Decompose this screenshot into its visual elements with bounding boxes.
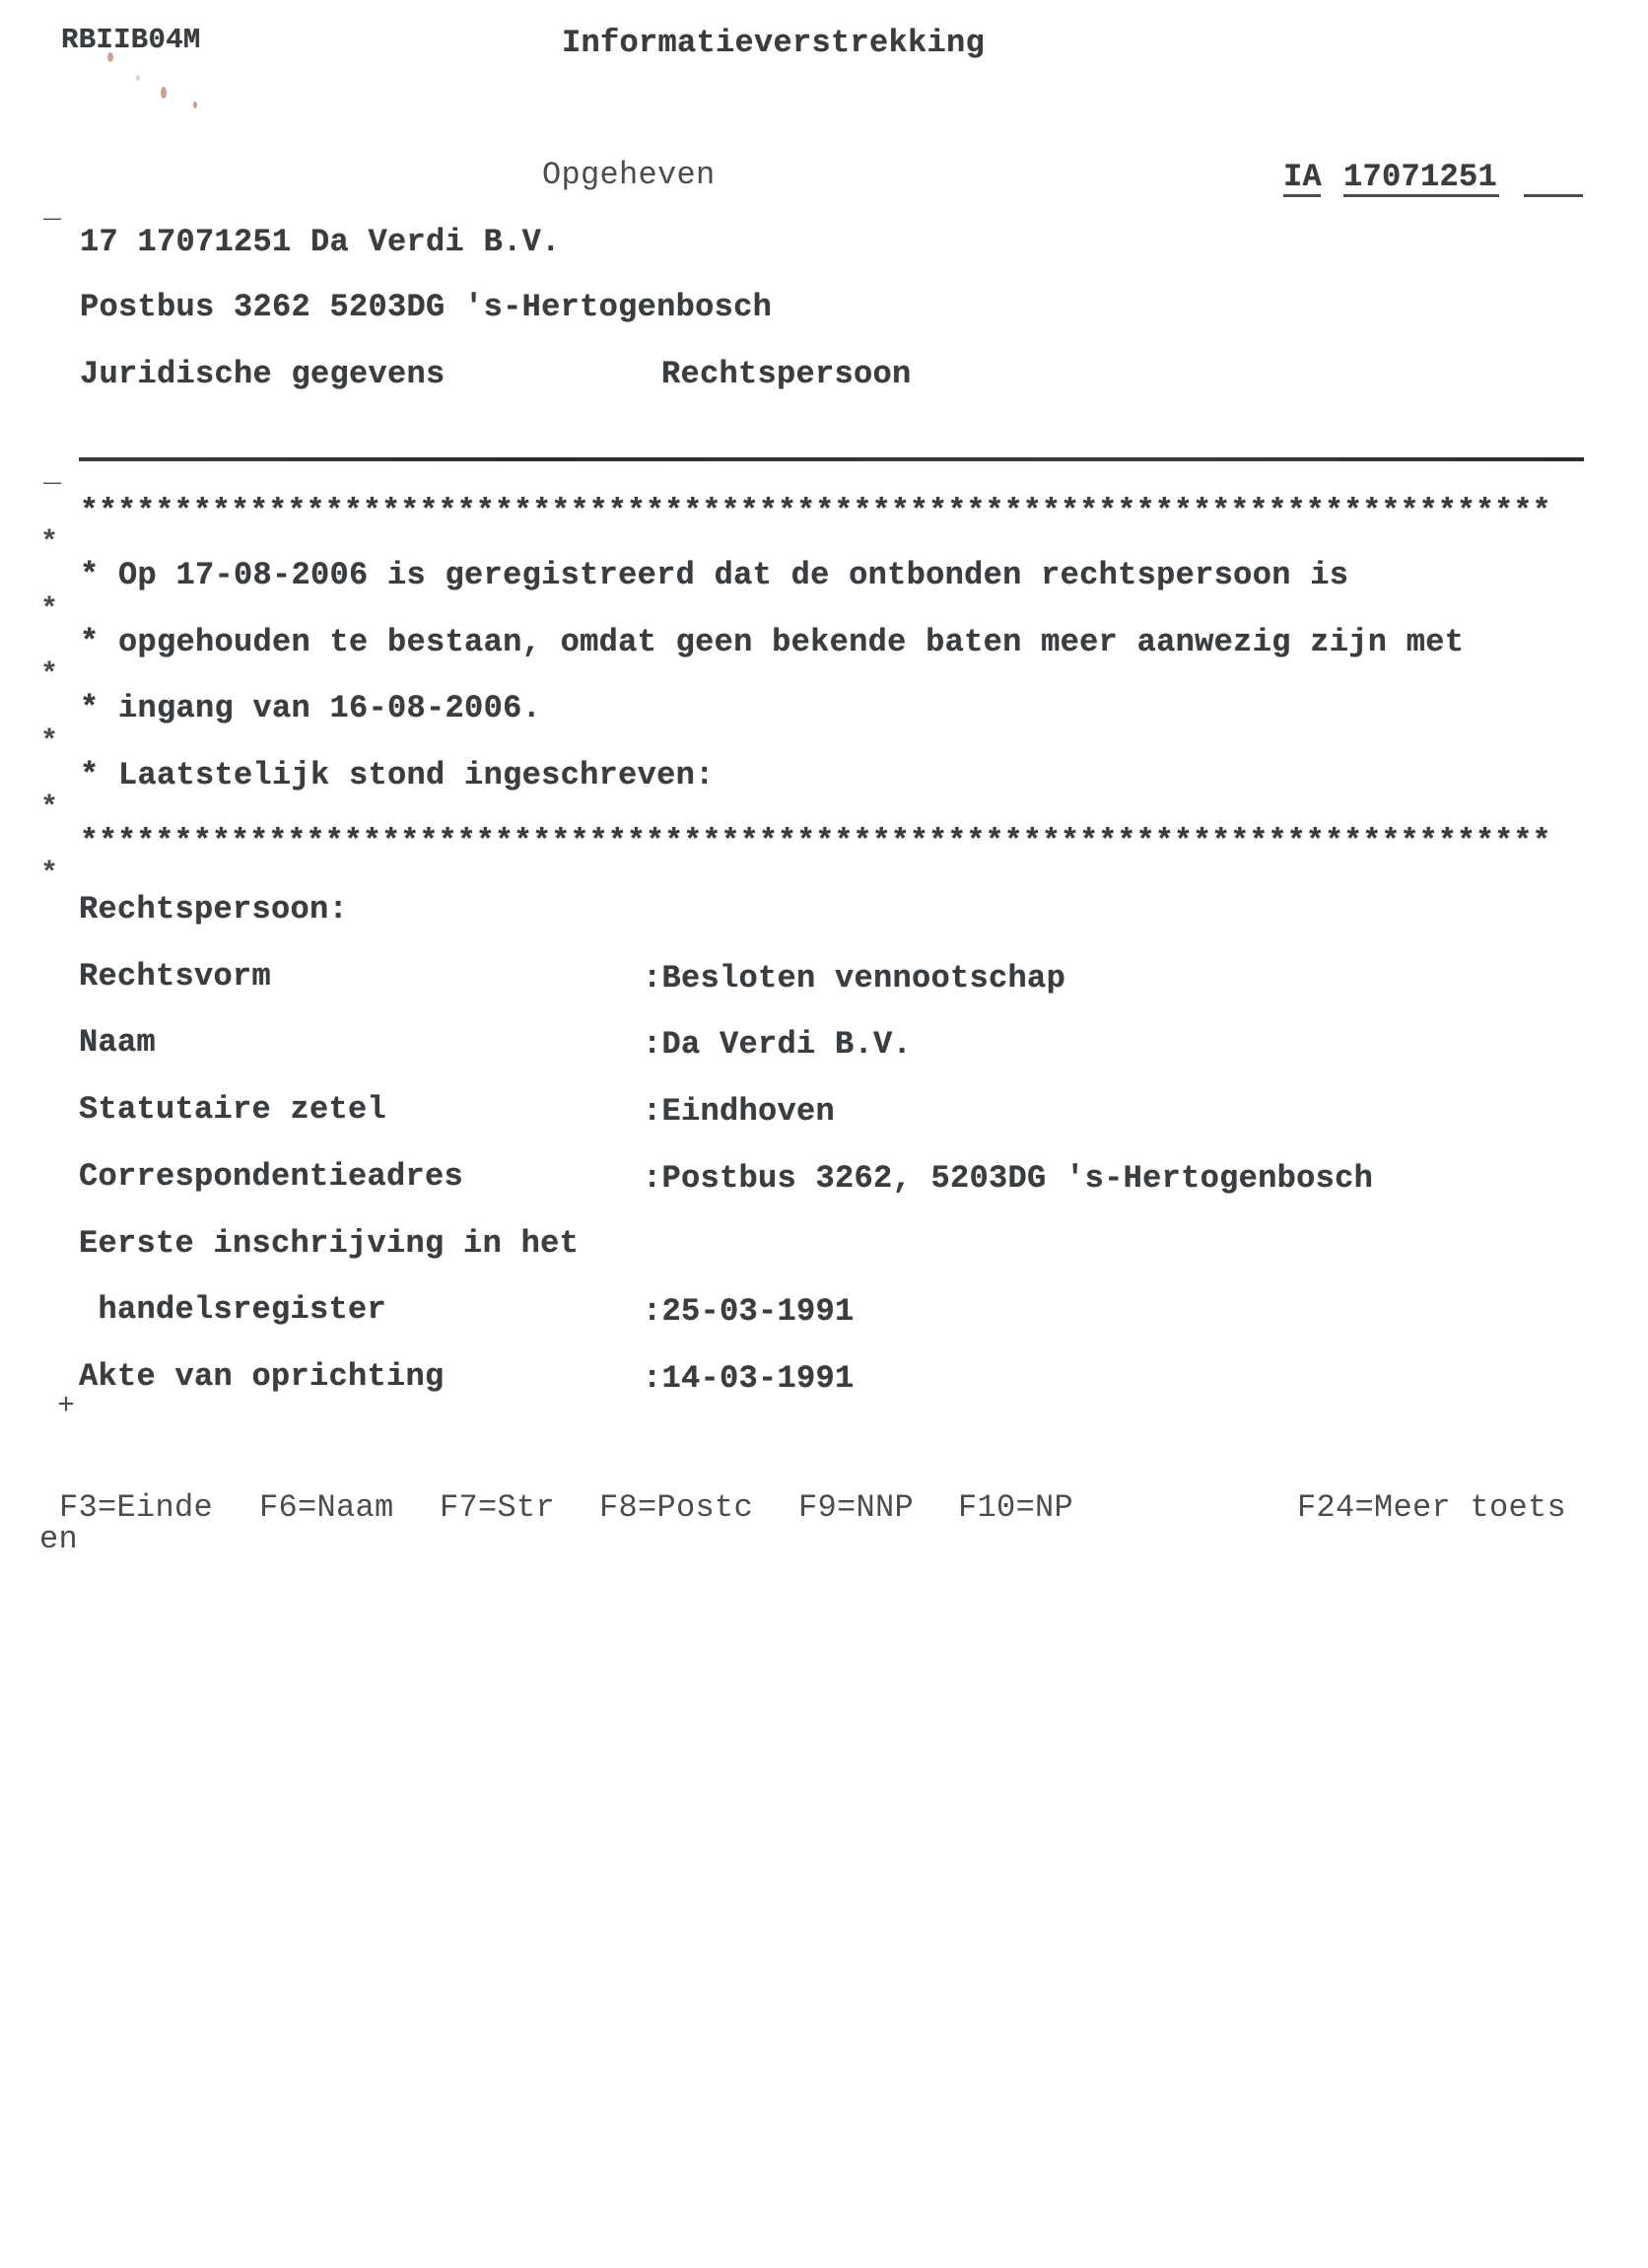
page-title: Informatieverstrekking bbox=[562, 28, 985, 59]
margin-star: * bbox=[40, 859, 58, 889]
field-label: Statutaire zetel bbox=[79, 1094, 386, 1126]
row-marker-dash: ‾ bbox=[43, 219, 61, 248]
field-value: :Da Verdi B.V. bbox=[643, 1029, 912, 1061]
fkey-f9[interactable]: F9=NNP bbox=[798, 1492, 914, 1524]
more-indicator[interactable]: + bbox=[57, 1392, 75, 1421]
notice-border-top: ****************************************… bbox=[80, 497, 1551, 527]
margin-star: * bbox=[40, 727, 58, 757]
scan-speck bbox=[193, 102, 197, 108]
field-value: :Besloten vennootschap bbox=[643, 963, 1065, 995]
margin-star: * bbox=[40, 528, 58, 558]
fkey-f7[interactable]: F7=Str bbox=[440, 1492, 555, 1524]
field-label: Eerste inschrijving in het bbox=[79, 1228, 579, 1260]
program-id: RBIIB04M bbox=[61, 26, 201, 54]
ia-label-underline bbox=[1283, 194, 1321, 197]
input-field-blank[interactable] bbox=[1524, 194, 1583, 197]
notice-line: * Laatstelijk stond ingeschreven: bbox=[80, 760, 715, 791]
notice-line: * Op 17-08-2006 is geregistreerd dat de … bbox=[80, 560, 1348, 591]
field-value: :Eindhoven bbox=[643, 1096, 835, 1128]
scan-speck bbox=[136, 75, 140, 81]
fkey-f6[interactable]: F6=Naam bbox=[259, 1492, 394, 1524]
field-label: Rechtsvorm bbox=[79, 961, 271, 993]
margin-star: * bbox=[40, 660, 58, 690]
fkey-f10[interactable]: F10=NP bbox=[958, 1492, 1073, 1524]
field-value: :25-03-1991 bbox=[643, 1296, 855, 1328]
notice-line: * ingang van 16-08-2006. bbox=[80, 693, 541, 724]
section-label: Juridische gegevens bbox=[80, 359, 446, 390]
ia-number-underline bbox=[1343, 194, 1499, 197]
field-label: Correspondentieadres bbox=[79, 1161, 463, 1193]
ia-label: IA bbox=[1283, 162, 1322, 193]
fkey-f8[interactable]: F8=Postc bbox=[599, 1492, 753, 1524]
scan-speck bbox=[161, 87, 167, 99]
section-value: Rechtspersoon bbox=[661, 359, 912, 390]
margin-star: * bbox=[40, 595, 58, 625]
fkey-f24-wrap: en bbox=[39, 1524, 78, 1555]
details-heading: Rechtspersoon: bbox=[79, 894, 348, 926]
company-address: Postbus 3262 5203DG 's-Hertogenbosch bbox=[80, 292, 772, 323]
field-label: Akte van oprichting bbox=[79, 1361, 445, 1393]
row-marker-dash: ‾ bbox=[43, 483, 61, 513]
field-value: :Postbus 3262, 5203DG 's-Hertogenbosch bbox=[643, 1163, 1373, 1195]
company-id-line: 17 17071251 Da Verdi B.V. bbox=[80, 227, 561, 258]
ia-number[interactable]: 17071251 bbox=[1343, 162, 1497, 193]
status-label: Opgeheven bbox=[542, 160, 716, 191]
field-label: Naam bbox=[79, 1027, 156, 1059]
fkey-f3[interactable]: F3=Einde bbox=[59, 1492, 213, 1524]
fkey-f24[interactable]: F24=Meer toets bbox=[1297, 1492, 1566, 1524]
notice-border-bottom: ****************************************… bbox=[80, 827, 1551, 858]
field-value: :14-03-1991 bbox=[643, 1363, 855, 1395]
separator-line bbox=[79, 457, 1584, 461]
margin-star: * bbox=[40, 793, 58, 823]
notice-line: * opgehouden te bestaan, omdat geen beke… bbox=[80, 627, 1464, 658]
field-label: handelsregister bbox=[79, 1294, 386, 1326]
